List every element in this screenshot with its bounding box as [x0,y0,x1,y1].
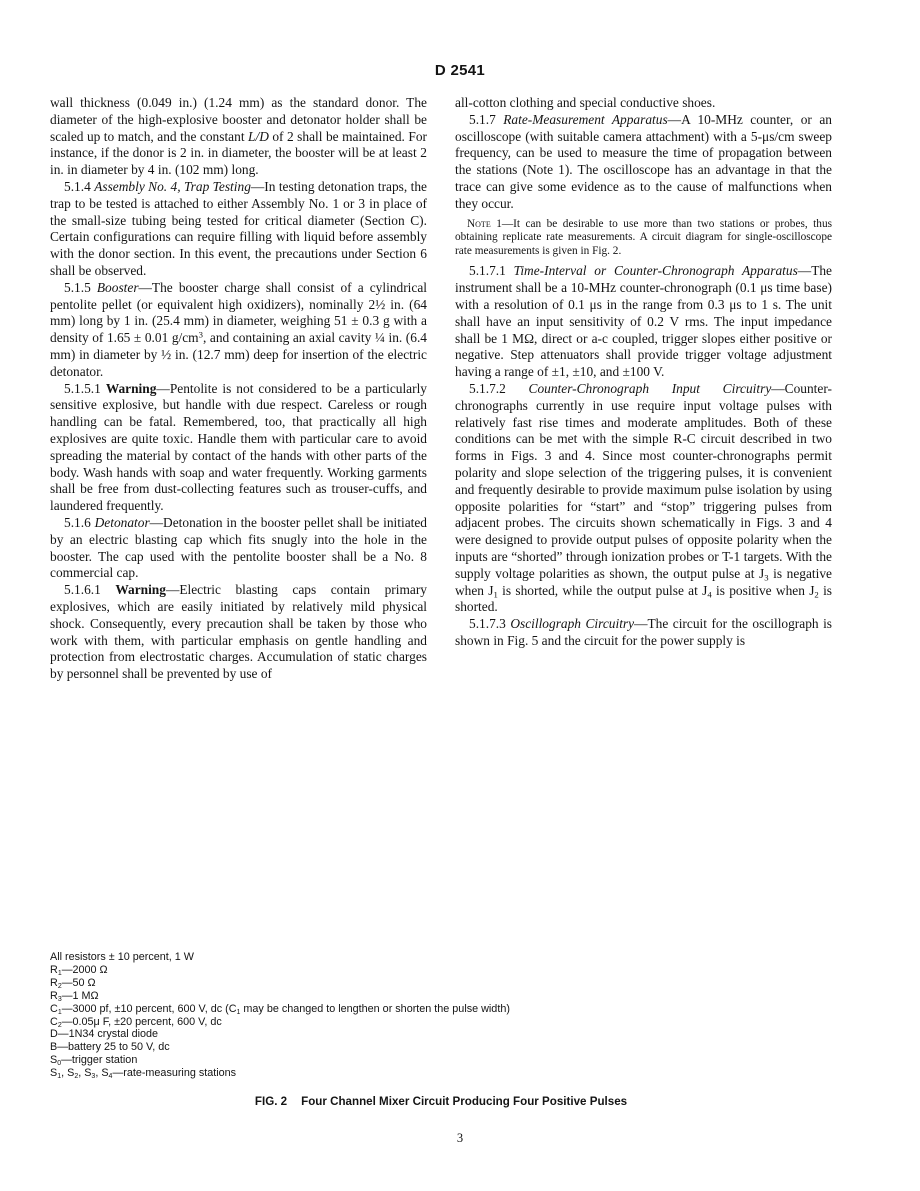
text-segment: L/D [248,129,269,144]
text-segment: 5.1.7.1 [469,263,514,278]
text-segment: Time-Interval or Counter-Chronograph App… [514,263,798,278]
text-segment: —Pentolite is not considered to be a par… [50,381,427,514]
paragraph: 5.1.5.1 Warning—Pentolite is not conside… [50,381,427,515]
paragraph: 5.1.7.2 Counter-Chronograph Input Circui… [455,381,832,616]
text-segment: D—1N34 crystal diode [50,1028,158,1040]
paragraph: B—battery 25 to 50 V, dc [50,1041,832,1054]
text-segment: C [50,1003,58,1015]
paragraph: 5.1.7.3 Oscillograph Circuitry—The circu… [455,616,832,650]
text-segment: 5.1.4 [64,179,94,194]
paragraph: All resistors ± 10 percent, 1 W [50,951,832,964]
text-segment: R [50,977,58,989]
text-segment: 5.1.6.1 [64,582,115,597]
text-segment: , S [78,1067,91,1079]
figure-legend: All resistors ± 10 percent, 1 WR1—2000 Ω… [50,951,832,1080]
text-segment: 5.1.7 [469,112,503,127]
figure-blank-area [50,715,832,945]
text-segment: 5.1.7.2 [469,381,529,396]
text-segment: 5.1.5.1 [64,381,106,396]
text-segment: 5.1.6 [64,515,95,530]
text-segment: C [50,1016,58,1028]
text-segment: 1—It can be desirable to use more than t… [455,218,832,257]
text-segment: —The instrument shall be a 10-MHz counte… [455,263,832,379]
left-column: wall thickness (0.049 in.) (1.24 mm) as … [50,95,427,683]
paragraph: S1, S2, S3, S4—rate-measuring stations [50,1067,832,1080]
text-segment: Detonator [95,515,150,530]
paragraph: S0—trigger station [50,1054,832,1067]
text-segment: —trigger station [61,1054,137,1066]
figure-caption: FIG. 2Four Channel Mixer Circuit Produci… [50,1095,832,1108]
text-segment: —3000 pf, ±10 percent, 600 V, dc (C [62,1003,237,1015]
text-segment: Counter-Chronograph Input Circuitry [529,381,772,396]
paragraph: all-cotton clothing and special conducti… [455,95,832,112]
text-segment: —50 Ω [62,977,96,989]
text-segment: —Counter-chronographs currently in use r… [455,381,832,581]
figure-caption-text: Four Channel Mixer Circuit Producing Fou… [301,1095,627,1108]
paragraph: 5.1.6.1 Warning—Electric blasting caps c… [50,582,427,683]
paragraph: 5.1.6 Detonator—Detonation in the booste… [50,515,427,582]
text-segment: —rate-measuring stations [112,1067,236,1079]
document-code-header: D 2541 [0,62,920,79]
text-segment: —0.05μ F, ±20 percent, 600 V, dc [62,1016,222,1028]
text-segment: All resistors ± 10 percent, 1 W [50,951,194,963]
figure-caption-label: FIG. 2 [255,1095,287,1108]
text-segment: is positive when J [712,583,815,598]
text-segment: 5.1.5 [64,280,97,295]
paragraph: 5.1.7 Rate-Measurement Apparatus—A 10-MH… [455,112,832,213]
two-column-text: wall thickness (0.049 in.) (1.24 mm) as … [50,95,832,683]
text-segment: is shorted, while the output pulse at J [498,583,707,598]
text-segment: all-cotton clothing and special conducti… [455,95,715,110]
paragraph: wall thickness (0.049 in.) (1.24 mm) as … [50,95,427,179]
paragraph: R1—2000 Ω [50,964,832,977]
text-segment: R [50,964,58,976]
text-segment: Warning [115,582,166,597]
right-column: all-cotton clothing and special conducti… [455,95,832,683]
text-segment: —2000 Ω [62,964,108,976]
text-segment: R [50,990,58,1002]
paragraph: C1—3000 pf, ±10 percent, 600 V, dc (C1 m… [50,1003,832,1016]
text-segment: Warning [106,381,157,396]
text-segment: B—battery 25 to 50 V, dc [50,1041,170,1053]
document-page: D 2541 wall thickness (0.049 in.) (1.24 … [0,0,920,1191]
text-segment: Note [467,218,491,230]
text-segment: —1 MΩ [62,990,99,1002]
text-segment: , S [95,1067,108,1079]
paragraph: C2—0.05μ F, ±20 percent, 600 V, dc [50,1016,832,1029]
text-segment: Oscillograph Circuitry [510,616,634,631]
page-number: 3 [0,1131,920,1146]
text-segment: Booster [97,280,139,295]
paragraph: 5.1.5 Booster—The booster charge shall c… [50,280,427,381]
paragraph: R2—50 Ω [50,977,832,990]
text-segment: , S [61,1067,74,1079]
text-segment: Rate-Measurement Apparatus [503,112,667,127]
paragraph: 5.1.7.1 Time-Interval or Counter-Chronog… [455,263,832,381]
paragraph: Note 1—It can be desirable to use more t… [455,218,832,259]
text-segment: Assembly No. 4, Trap Testing [94,179,251,194]
paragraph: D—1N34 crystal diode [50,1028,832,1041]
paragraph: R3—1 MΩ [50,990,832,1003]
text-segment: 5.1.7.3 [469,616,510,631]
text-segment: may be changed to lengthen or shorten th… [240,1003,510,1015]
paragraph: 5.1.4 Assembly No. 4, Trap Testing—In te… [50,179,427,280]
